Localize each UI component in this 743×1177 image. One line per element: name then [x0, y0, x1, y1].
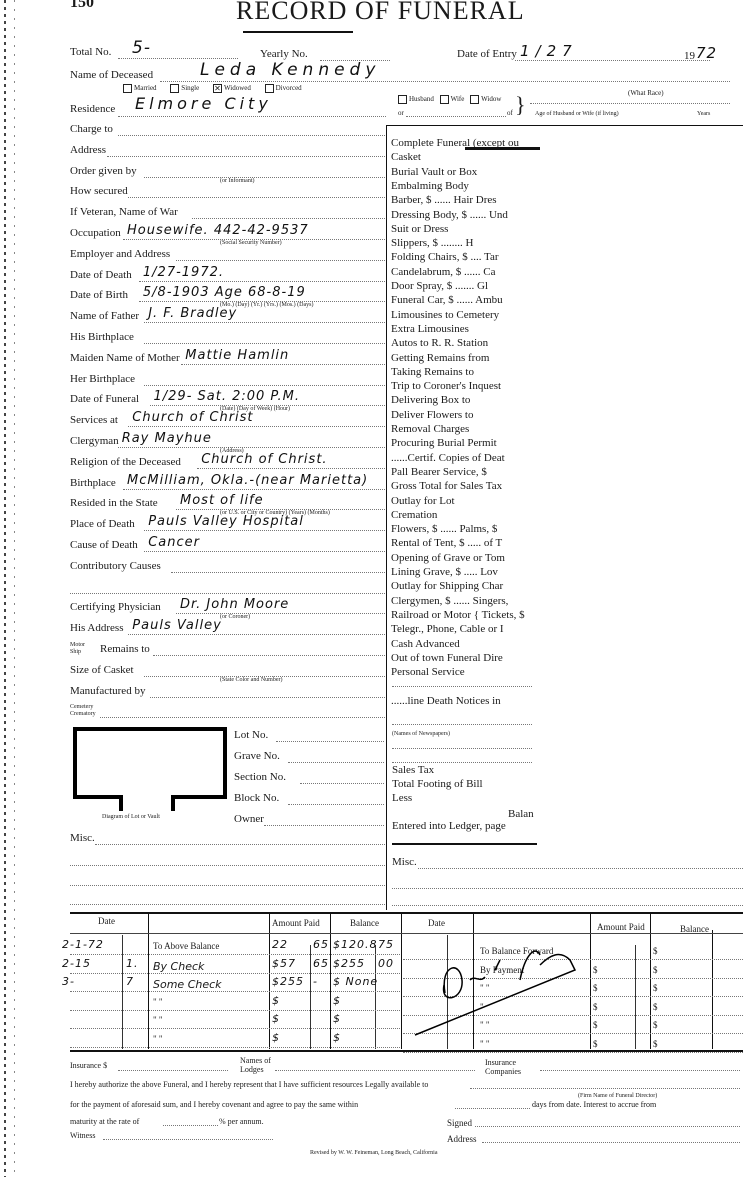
field-label: Size of Casket: [70, 664, 134, 676]
ledger-amount[interactable]: $: [272, 1031, 280, 1044]
total-no-value[interactable]: 5-: [132, 38, 151, 58]
field-prefix: Cemetery Crematory: [70, 704, 92, 718]
field-label: How secured: [70, 185, 128, 197]
field-label: Charge to: [70, 123, 113, 135]
address-label: Address: [447, 1134, 477, 1144]
field-label: His Address: [70, 622, 123, 634]
field-value[interactable]: Most of life: [180, 493, 264, 508]
signed-label: Signed: [447, 1118, 472, 1128]
field-label: Resided in the State: [70, 497, 158, 509]
field-label: Place of Death: [70, 518, 135, 530]
ledger-right-balance[interactable]: $: [653, 965, 658, 975]
marital-option-divorced[interactable]: Divorced: [265, 84, 302, 92]
lot-field-line[interactable]: [288, 762, 384, 763]
charge-amount-input[interactable]: [540, 233, 740, 246]
field-line: [176, 613, 385, 614]
ledger-header-rule: [70, 933, 743, 934]
ledger-description: " ": [153, 1015, 163, 1025]
charge-amount-input[interactable]: [540, 290, 740, 303]
field-label: Name of Father: [70, 310, 139, 322]
field-label: Maiden Name of Mother: [70, 352, 180, 364]
charge-amount-input[interactable]: [540, 605, 740, 618]
charge-amount-input[interactable]: [540, 462, 740, 475]
page-title: RECORD OF FUNERAL: [236, 0, 525, 26]
field-value[interactable]: Pauls Valley: [132, 618, 222, 633]
days-text: days from date. Interest to accrue from: [532, 1100, 656, 1109]
field-value[interactable]: J. F. Bradley: [148, 306, 237, 321]
field-label: If Veteran, Name of War: [70, 206, 178, 218]
charge-amount-input[interactable]: [540, 562, 740, 575]
charge-amount-input[interactable]: [540, 219, 740, 232]
year-value[interactable]: 72: [696, 44, 717, 62]
field-line: [123, 489, 385, 490]
ledger-day[interactable]: 1.: [126, 957, 139, 970]
charge-amount-input[interactable]: [540, 476, 740, 489]
ledger-date[interactable]: 2-1-72: [62, 938, 104, 951]
field-label: Remains to: [100, 643, 150, 655]
years-label: Years: [697, 111, 710, 117]
field-value[interactable]: Ray Mayhue: [122, 431, 212, 446]
field-label: Address: [70, 144, 106, 156]
charge-amount-input[interactable]: [540, 376, 740, 389]
or-label: or: [398, 109, 404, 117]
per-annum-text: % per annum.: [219, 1117, 264, 1126]
misc-left-label: Misc.: [70, 832, 95, 844]
field-value[interactable]: 5/8-1903 Age 68-8-19: [143, 285, 306, 300]
ledger-amount[interactable]: $57: [272, 957, 296, 970]
residence-label: Residence: [70, 103, 115, 115]
what-race-note: (What Race): [628, 89, 664, 97]
charge-amount-input[interactable]: [540, 634, 740, 647]
field-line: [139, 281, 385, 282]
field-line: [181, 364, 385, 365]
year-prefix: 19: [684, 50, 695, 62]
field-subnote: (or Informant): [220, 178, 255, 184]
field-value[interactable]: Housewife. 442-42-9537: [127, 223, 309, 238]
ledger-row-line: [70, 991, 400, 992]
charge-amount-input[interactable]: [540, 591, 740, 604]
field-input[interactable]: [150, 685, 386, 698]
ledger-balance-cents[interactable]: 00: [378, 957, 394, 970]
field-value[interactable]: Cancer: [148, 535, 200, 550]
field-input[interactable]: [100, 705, 385, 718]
field-line: [144, 551, 385, 552]
field-line: [118, 447, 385, 448]
charge-item[interactable]: ......line Death Notices in: [391, 691, 537, 709]
charge-item[interactable]: Personal Service: [391, 662, 537, 680]
charge-line: [392, 686, 532, 687]
ledger-balance[interactable]: $120.8: [333, 938, 378, 951]
lot-field-line[interactable]: [300, 783, 384, 784]
field-value[interactable]: Pauls Valley Hospital: [148, 514, 304, 529]
ledger-right-balance-header: Balance: [680, 924, 709, 934]
ledger-row-line: [70, 1028, 400, 1029]
ledger-balance[interactable]: $: [333, 1012, 341, 1025]
brace: }: [515, 94, 526, 116]
field-input[interactable]: [144, 331, 385, 344]
companies-label: Insurance Companies: [485, 1058, 545, 1076]
field-label: Employer and Address: [70, 248, 170, 260]
witness-label: Witness: [70, 1131, 95, 1140]
field-label: Clergyman: [70, 435, 119, 447]
ledger-description: Some Check: [153, 978, 222, 991]
binding-edge: [4, 0, 6, 1177]
charge-amount-input[interactable]: [540, 262, 740, 275]
ledger-description: By Check: [153, 960, 204, 973]
total-no-label: Total No.: [70, 46, 111, 58]
name-of-deceased-value[interactable]: Leda Kennedy: [200, 60, 380, 80]
ledger-right-amount-header: Amount Paid: [597, 922, 645, 932]
field-subnote: (Social Security Number): [220, 240, 282, 246]
firm-note: (Firm Name of Funeral Director): [578, 1093, 657, 1099]
charge-amount-input[interactable]: [540, 205, 740, 218]
field-input[interactable]: [153, 643, 385, 656]
summary-item: Sales Tax: [392, 764, 537, 776]
field-input[interactable]: [118, 123, 385, 136]
charge-amount-input[interactable]: [540, 448, 740, 461]
ledger-bottom-rule: [70, 1050, 743, 1052]
field-label: Date of Funeral: [70, 393, 139, 405]
field-value[interactable]: Church of Christ.: [201, 452, 327, 467]
charge-amount-input[interactable]: [540, 619, 740, 632]
field-input[interactable]: [171, 560, 385, 573]
ledger-left-amount-header: Amount Paid: [272, 918, 320, 928]
spouse-options: Husband Wife Widow: [398, 95, 501, 104]
lodges-label: Names of Lodges: [240, 1056, 290, 1074]
checkbox-widow[interactable]: [470, 95, 479, 104]
ledger-top-rule: [70, 912, 743, 914]
field-value[interactable]: Church of Christ: [132, 410, 253, 425]
ledger-description: To Above Balance: [153, 941, 219, 951]
ledger-date[interactable]: 2-15: [62, 957, 91, 970]
ledger-balance[interactable]: $: [333, 994, 341, 1007]
checkbox-divorced[interactable]: [265, 84, 274, 93]
charge-amount-input[interactable]: [540, 348, 740, 361]
date-of-entry-label: Date of Entry: [457, 48, 517, 60]
diagram-caption: Diagram of Lot or Vault: [102, 814, 160, 820]
summary-rule: [392, 843, 537, 845]
ledger-row-line: [70, 954, 400, 955]
charge-amount-input[interactable]: [540, 190, 740, 203]
field-input[interactable]: [70, 581, 385, 594]
ledger-balance-cents[interactable]: 75: [378, 938, 394, 951]
lot-field-line[interactable]: [264, 825, 384, 826]
lot-field-label: Block No.: [234, 792, 279, 804]
charge-amount-input[interactable]: [540, 533, 740, 546]
field-input[interactable]: [144, 373, 385, 386]
ledger-date[interactable]: 3-: [62, 975, 75, 988]
charge-amount-input[interactable]: [540, 319, 740, 332]
ledger-amount[interactable]: $: [272, 994, 280, 1007]
charge-amount-input[interactable]: [540, 505, 740, 518]
lot-field-line[interactable]: [288, 804, 384, 805]
charge-amount-input[interactable]: [540, 147, 740, 160]
charge-amount-input[interactable]: [540, 176, 740, 189]
summary-item: Total Footing of Bill: [392, 778, 537, 790]
checkbox-widowed-checked[interactable]: ✕: [213, 84, 222, 93]
ledger-amount-cents[interactable]: -: [313, 975, 318, 988]
yearly-no-label: Yearly No.: [260, 48, 308, 60]
ledger-left-date-header: Date: [98, 916, 115, 926]
checkbox-single[interactable]: [170, 84, 179, 93]
field-label: Order given by: [70, 165, 137, 177]
charge-amount-input[interactable]: [540, 576, 740, 589]
charge-amount-input[interactable]: [540, 419, 740, 432]
checkbox-wife[interactable]: [440, 95, 449, 104]
ledger-left-balance-header: Balance: [350, 918, 379, 928]
field-input[interactable]: [176, 248, 385, 261]
charge-amount-input[interactable]: [540, 362, 740, 375]
field-value[interactable]: 1/27-1972.: [143, 265, 224, 280]
name-of-deceased-label: Name of Deceased: [70, 69, 153, 81]
marital-option-widowed[interactable]: ✕Widowed: [213, 84, 251, 92]
ledger-row-line: [70, 973, 400, 974]
charge-amount-input[interactable]: [540, 691, 740, 704]
of-label: of: [507, 109, 513, 117]
residence-value[interactable]: Elmore City: [135, 94, 272, 113]
charge-amount-input[interactable]: [540, 491, 740, 504]
charge-amount-input[interactable]: [540, 662, 740, 675]
charge-amount-input[interactable]: [540, 247, 740, 260]
lot-field-label: Section No.: [234, 771, 286, 783]
charge-amount-input[interactable]: [540, 519, 740, 532]
ledger-right-date-header: Date: [428, 918, 445, 928]
newspapers-note: (Names of Newspapers): [392, 731, 450, 737]
charge-amount-input[interactable]: [540, 133, 740, 146]
lot-diagram: [73, 727, 227, 799]
ledger-amount[interactable]: $255: [272, 975, 304, 988]
authorize-text: I hereby authorize the above Funeral, an…: [70, 1080, 428, 1089]
summary-item: Entered into Ledger, page: [392, 820, 537, 832]
charge-amount-input[interactable]: [540, 333, 740, 346]
charge-amount-input[interactable]: [540, 405, 740, 418]
field-subnote: (or Coroner): [220, 614, 250, 620]
ledger-amount[interactable]: 22: [272, 938, 288, 951]
field-label: Date of Death: [70, 269, 132, 281]
ledger-balance[interactable]: $: [333, 1031, 341, 1044]
marital-option-single[interactable]: Single: [170, 84, 199, 92]
field-input[interactable]: [144, 165, 385, 178]
ledger-balance[interactable]: $ None: [333, 975, 378, 988]
field-input[interactable]: [192, 206, 385, 219]
charge-amount-input[interactable]: [540, 390, 740, 403]
date-of-entry-value[interactable]: 1/27: [520, 42, 578, 60]
field-input[interactable]: [107, 144, 385, 157]
page-number: 150: [70, 0, 94, 12]
field-label: Manufactured by: [70, 685, 145, 697]
charge-amount-input[interactable]: [540, 433, 740, 446]
paid-signature: [400, 935, 600, 1045]
field-label: Cause of Death: [70, 539, 138, 551]
misc-right-label: Misc.: [392, 856, 417, 868]
ledger-day[interactable]: 7: [126, 975, 134, 988]
ledger-description: " ": [153, 997, 163, 1007]
age-spouse-label: Age of Husband or Wife (if living): [535, 111, 619, 117]
lot-field-label: Owner: [234, 813, 264, 825]
ledger-row-line: [70, 1010, 400, 1011]
ledger-right-balance[interactable]: $: [653, 983, 658, 993]
maturity-text: maturity at the rate of: [70, 1117, 139, 1126]
field-label: Contributory Causes: [70, 560, 161, 572]
ledger-row-line: [70, 1047, 400, 1048]
charge-amount-input[interactable]: [540, 276, 740, 289]
field-line: [128, 634, 385, 635]
ledger-amount-cents[interactable]: 65: [313, 957, 329, 970]
field-input[interactable]: [128, 185, 385, 198]
charge-amount-input[interactable]: [540, 648, 740, 661]
ledger-right-balance[interactable]: $: [653, 946, 658, 956]
checkbox-married[interactable]: [123, 84, 132, 93]
summary-item: Balan: [508, 808, 537, 820]
field-label: Her Birthplace: [70, 373, 135, 385]
right-column-top-border: [386, 125, 743, 126]
field-input[interactable]: [144, 664, 385, 677]
field-value[interactable]: Dr. John Moore: [180, 597, 289, 612]
field-subnote: (State Color and Number): [220, 677, 282, 683]
ledger-right-balance[interactable]: $: [653, 1020, 658, 1030]
field-prefix: Motor Ship: [70, 642, 92, 656]
ledger-description: " ": [153, 1034, 163, 1044]
field-label: His Birthplace: [70, 331, 134, 343]
field-label: Services at: [70, 414, 118, 426]
field-line: [144, 322, 385, 323]
checkbox-husband[interactable]: [398, 95, 407, 104]
marital-option-married[interactable]: Married: [123, 84, 157, 92]
field-line: [144, 530, 385, 531]
ledger-amount[interactable]: $: [272, 1012, 280, 1025]
charge-amount-input[interactable]: [540, 548, 740, 561]
ledger-right-balance[interactable]: $: [653, 1039, 658, 1049]
ledger-balance[interactable]: $255: [333, 957, 365, 970]
charge-label: ......line Death Notices in: [391, 695, 501, 707]
charge-amount-input[interactable]: [540, 162, 740, 175]
column-divider: [386, 125, 387, 910]
title-underline: [243, 31, 353, 33]
lot-field-label: Lot No.: [234, 729, 268, 741]
lot-field-label: Grave No.: [234, 750, 280, 762]
lot-field-line[interactable]: [276, 741, 384, 742]
field-value[interactable]: McMilliam, Okla.-(near Marietta): [127, 473, 368, 488]
summary-item: Less: [392, 792, 537, 804]
field-line: [128, 426, 385, 427]
field-label: Birthplace: [70, 477, 116, 489]
field-value[interactable]: 1/29- Sat. 2:00 P.M.: [154, 389, 300, 404]
binding-edge-inner: [14, 0, 15, 1177]
field-label: Certifying Physician: [70, 601, 161, 613]
field-line: [197, 468, 385, 469]
field-value[interactable]: Mattie Hamlin: [185, 348, 289, 363]
insurance-label: Insurance $: [70, 1061, 107, 1070]
marital-status-group: Married Single ✕Widowed Divorced: [123, 84, 302, 93]
field-label: Occupation: [70, 227, 121, 239]
ledger-right-balance[interactable]: $: [653, 1002, 658, 1012]
complete-funeral-underline: [465, 147, 540, 150]
field-label: Date of Birth: [70, 289, 128, 301]
payment-text: for the payment of aforesaid sum, and I …: [70, 1100, 358, 1109]
charge-label: Personal Service: [391, 666, 465, 678]
ledger-amount-cents[interactable]: 65: [313, 938, 329, 951]
revised-by: Revised by W. W. Feineman, Long Beach, C…: [310, 1150, 437, 1156]
field-label: Religion of the Deceased: [70, 456, 181, 468]
charge-amount-input[interactable]: [540, 305, 740, 318]
